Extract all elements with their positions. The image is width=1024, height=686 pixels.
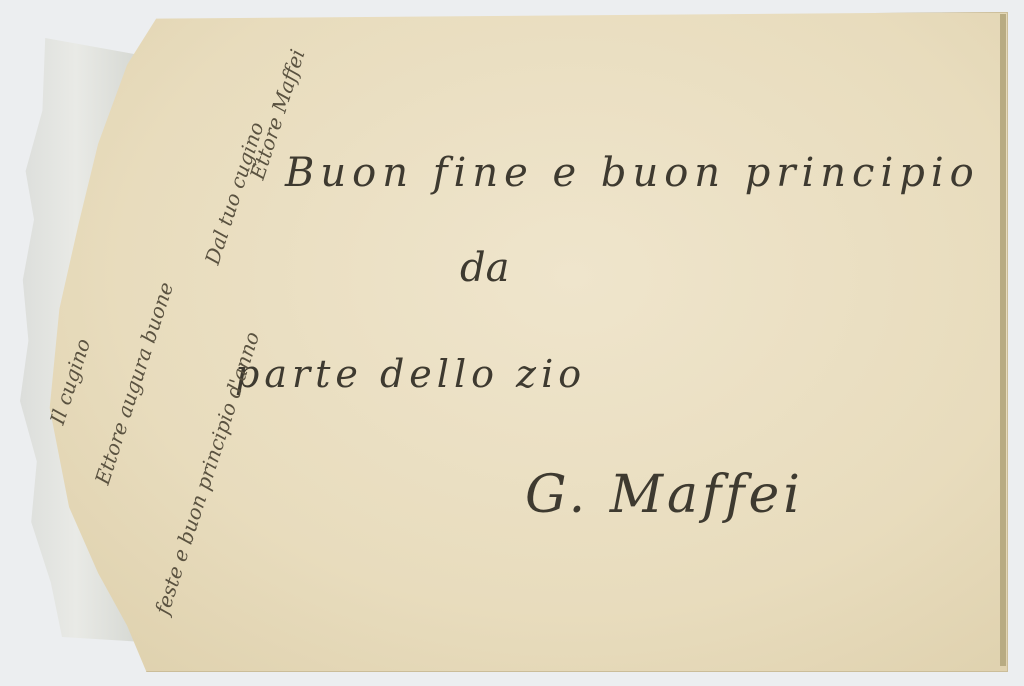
scanned-card-scene: Buon fine e buon principio da parte dell… [0,0,1024,686]
sender-line: parte dello zio [235,352,586,396]
greeting-line: Buon fine e buon principio [285,150,980,196]
from-line: da [460,245,509,291]
card-edge [1000,14,1006,666]
signature: G. Maffei [525,465,804,525]
